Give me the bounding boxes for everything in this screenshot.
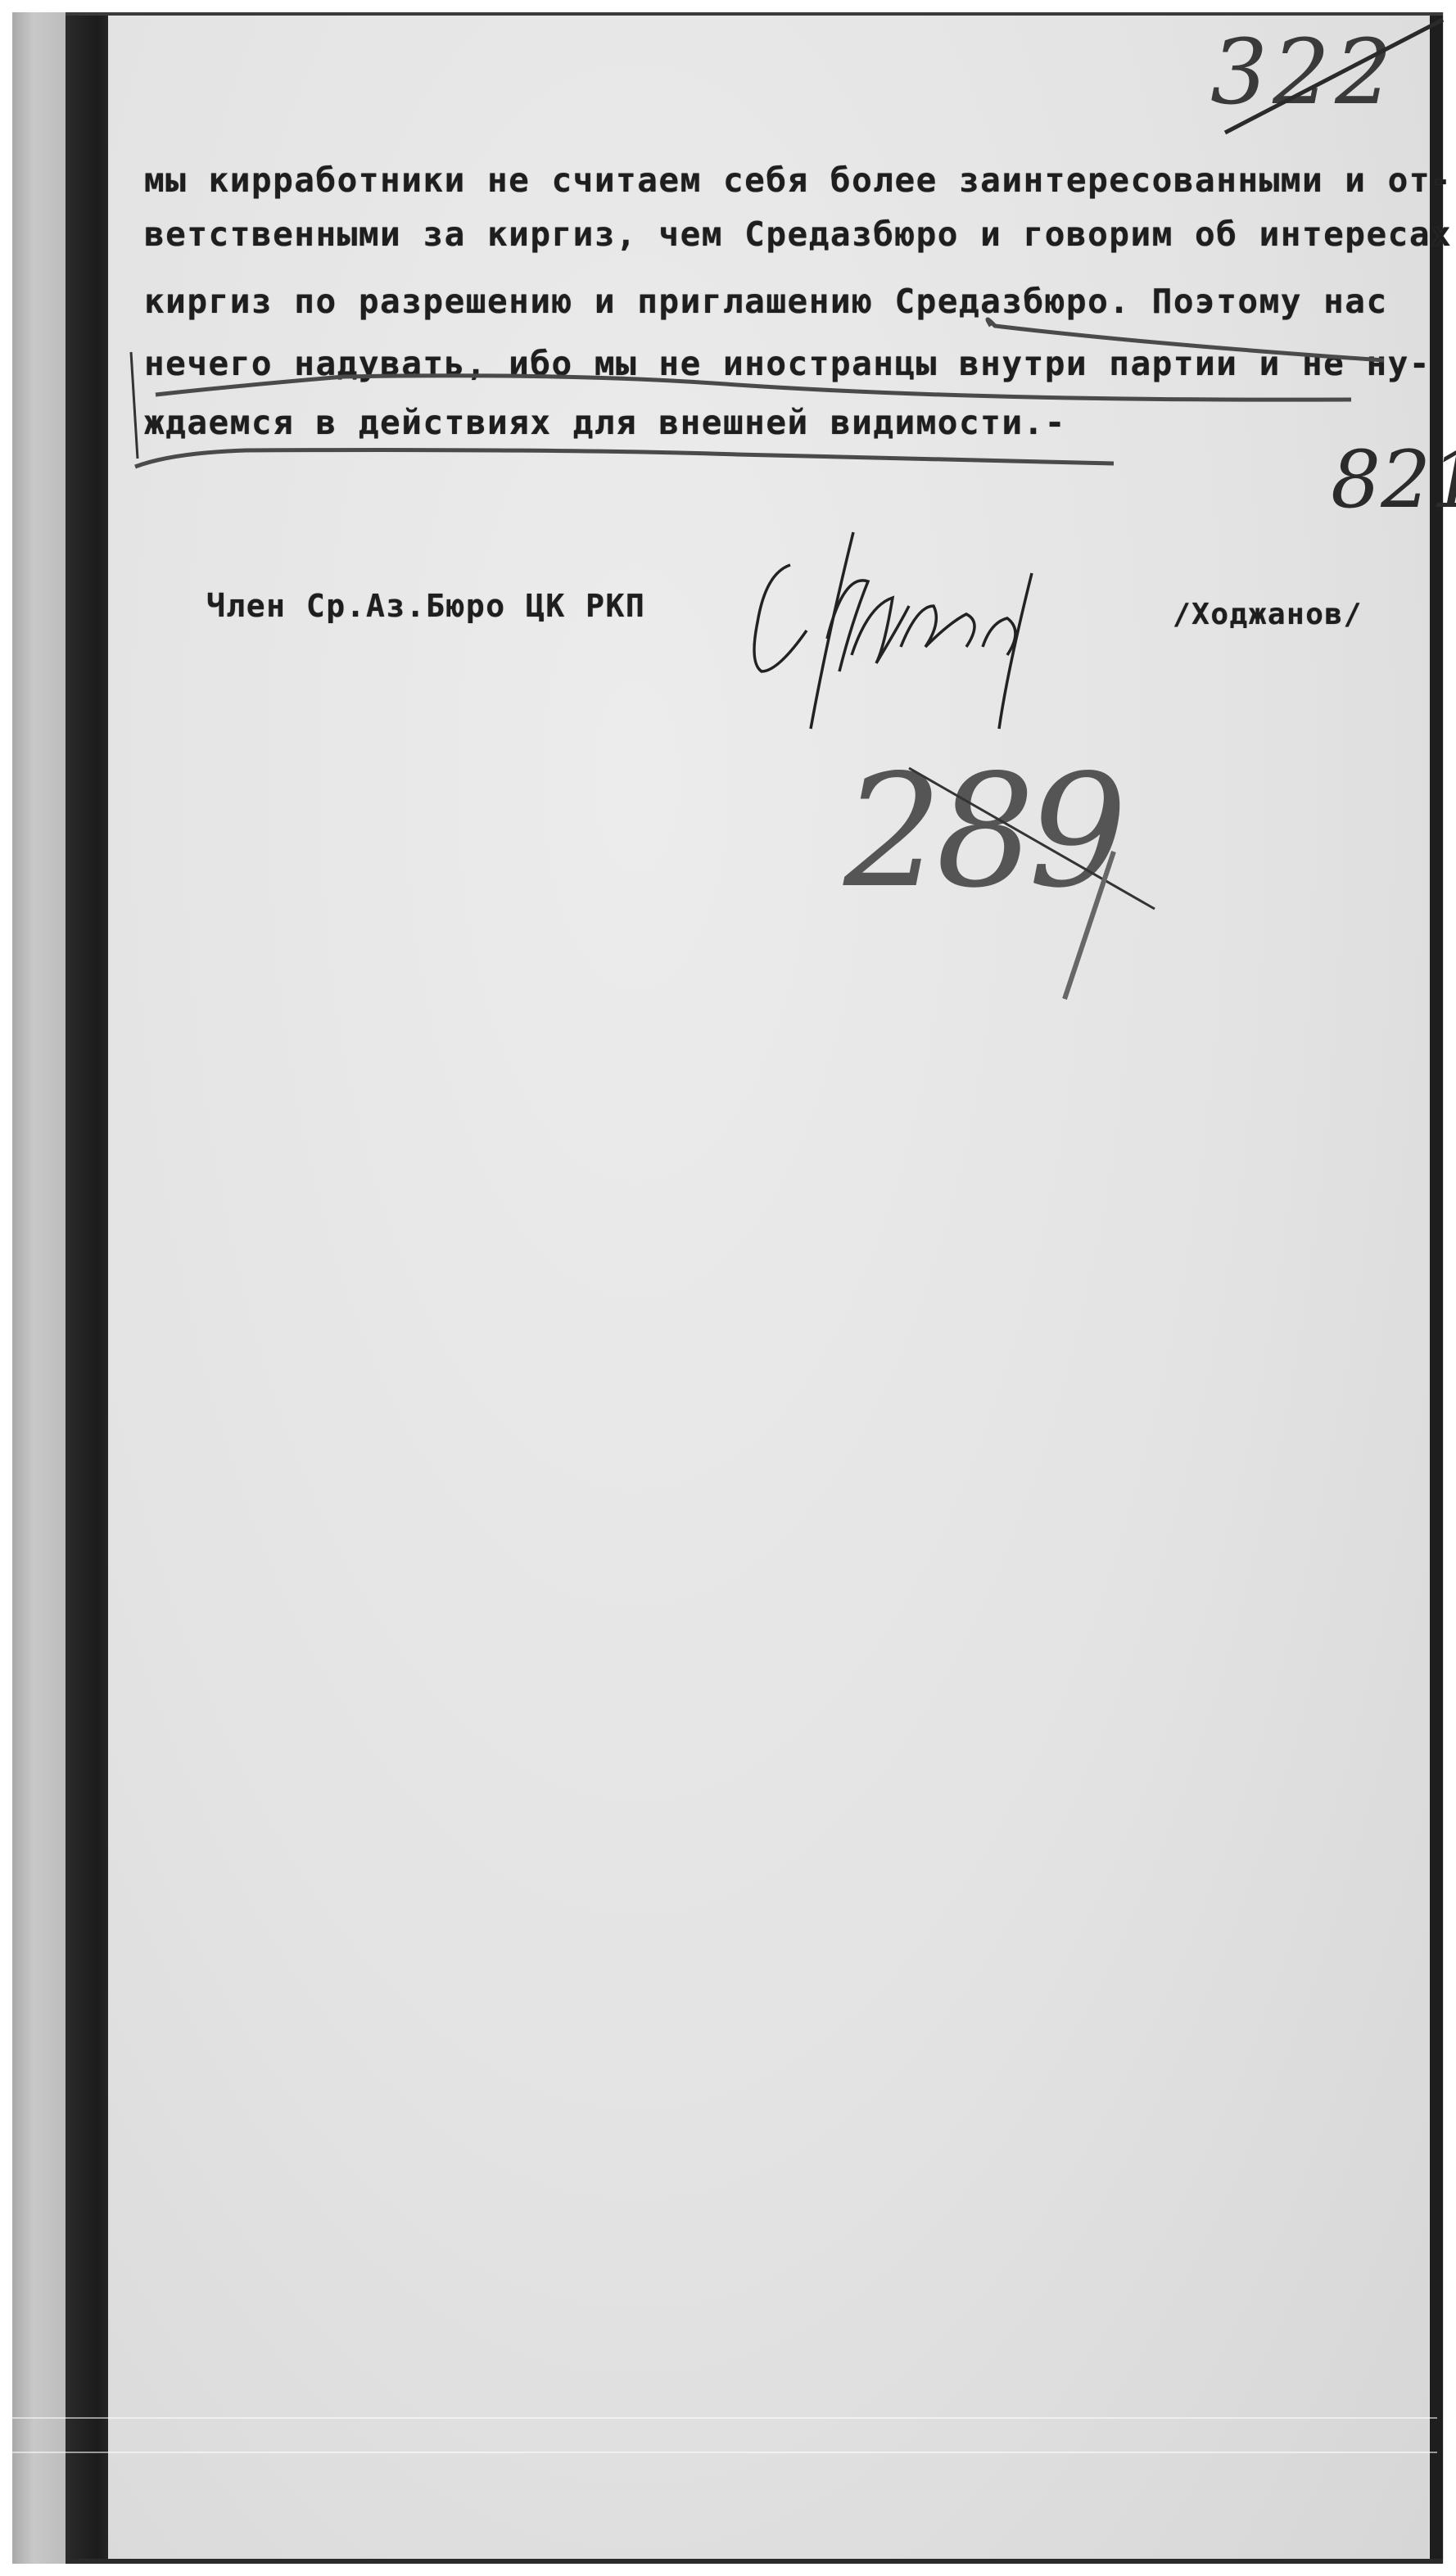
underline-stroke <box>135 450 1114 467</box>
signature <box>754 532 1032 729</box>
strike-line <box>909 768 1155 909</box>
strike-line <box>1225 20 1443 133</box>
handwritten-marks <box>0 0 1456 2576</box>
pencil-tail <box>1065 852 1114 999</box>
margin-mark <box>131 352 138 459</box>
underline-stroke <box>156 376 1351 400</box>
underline-stroke <box>988 319 1384 360</box>
